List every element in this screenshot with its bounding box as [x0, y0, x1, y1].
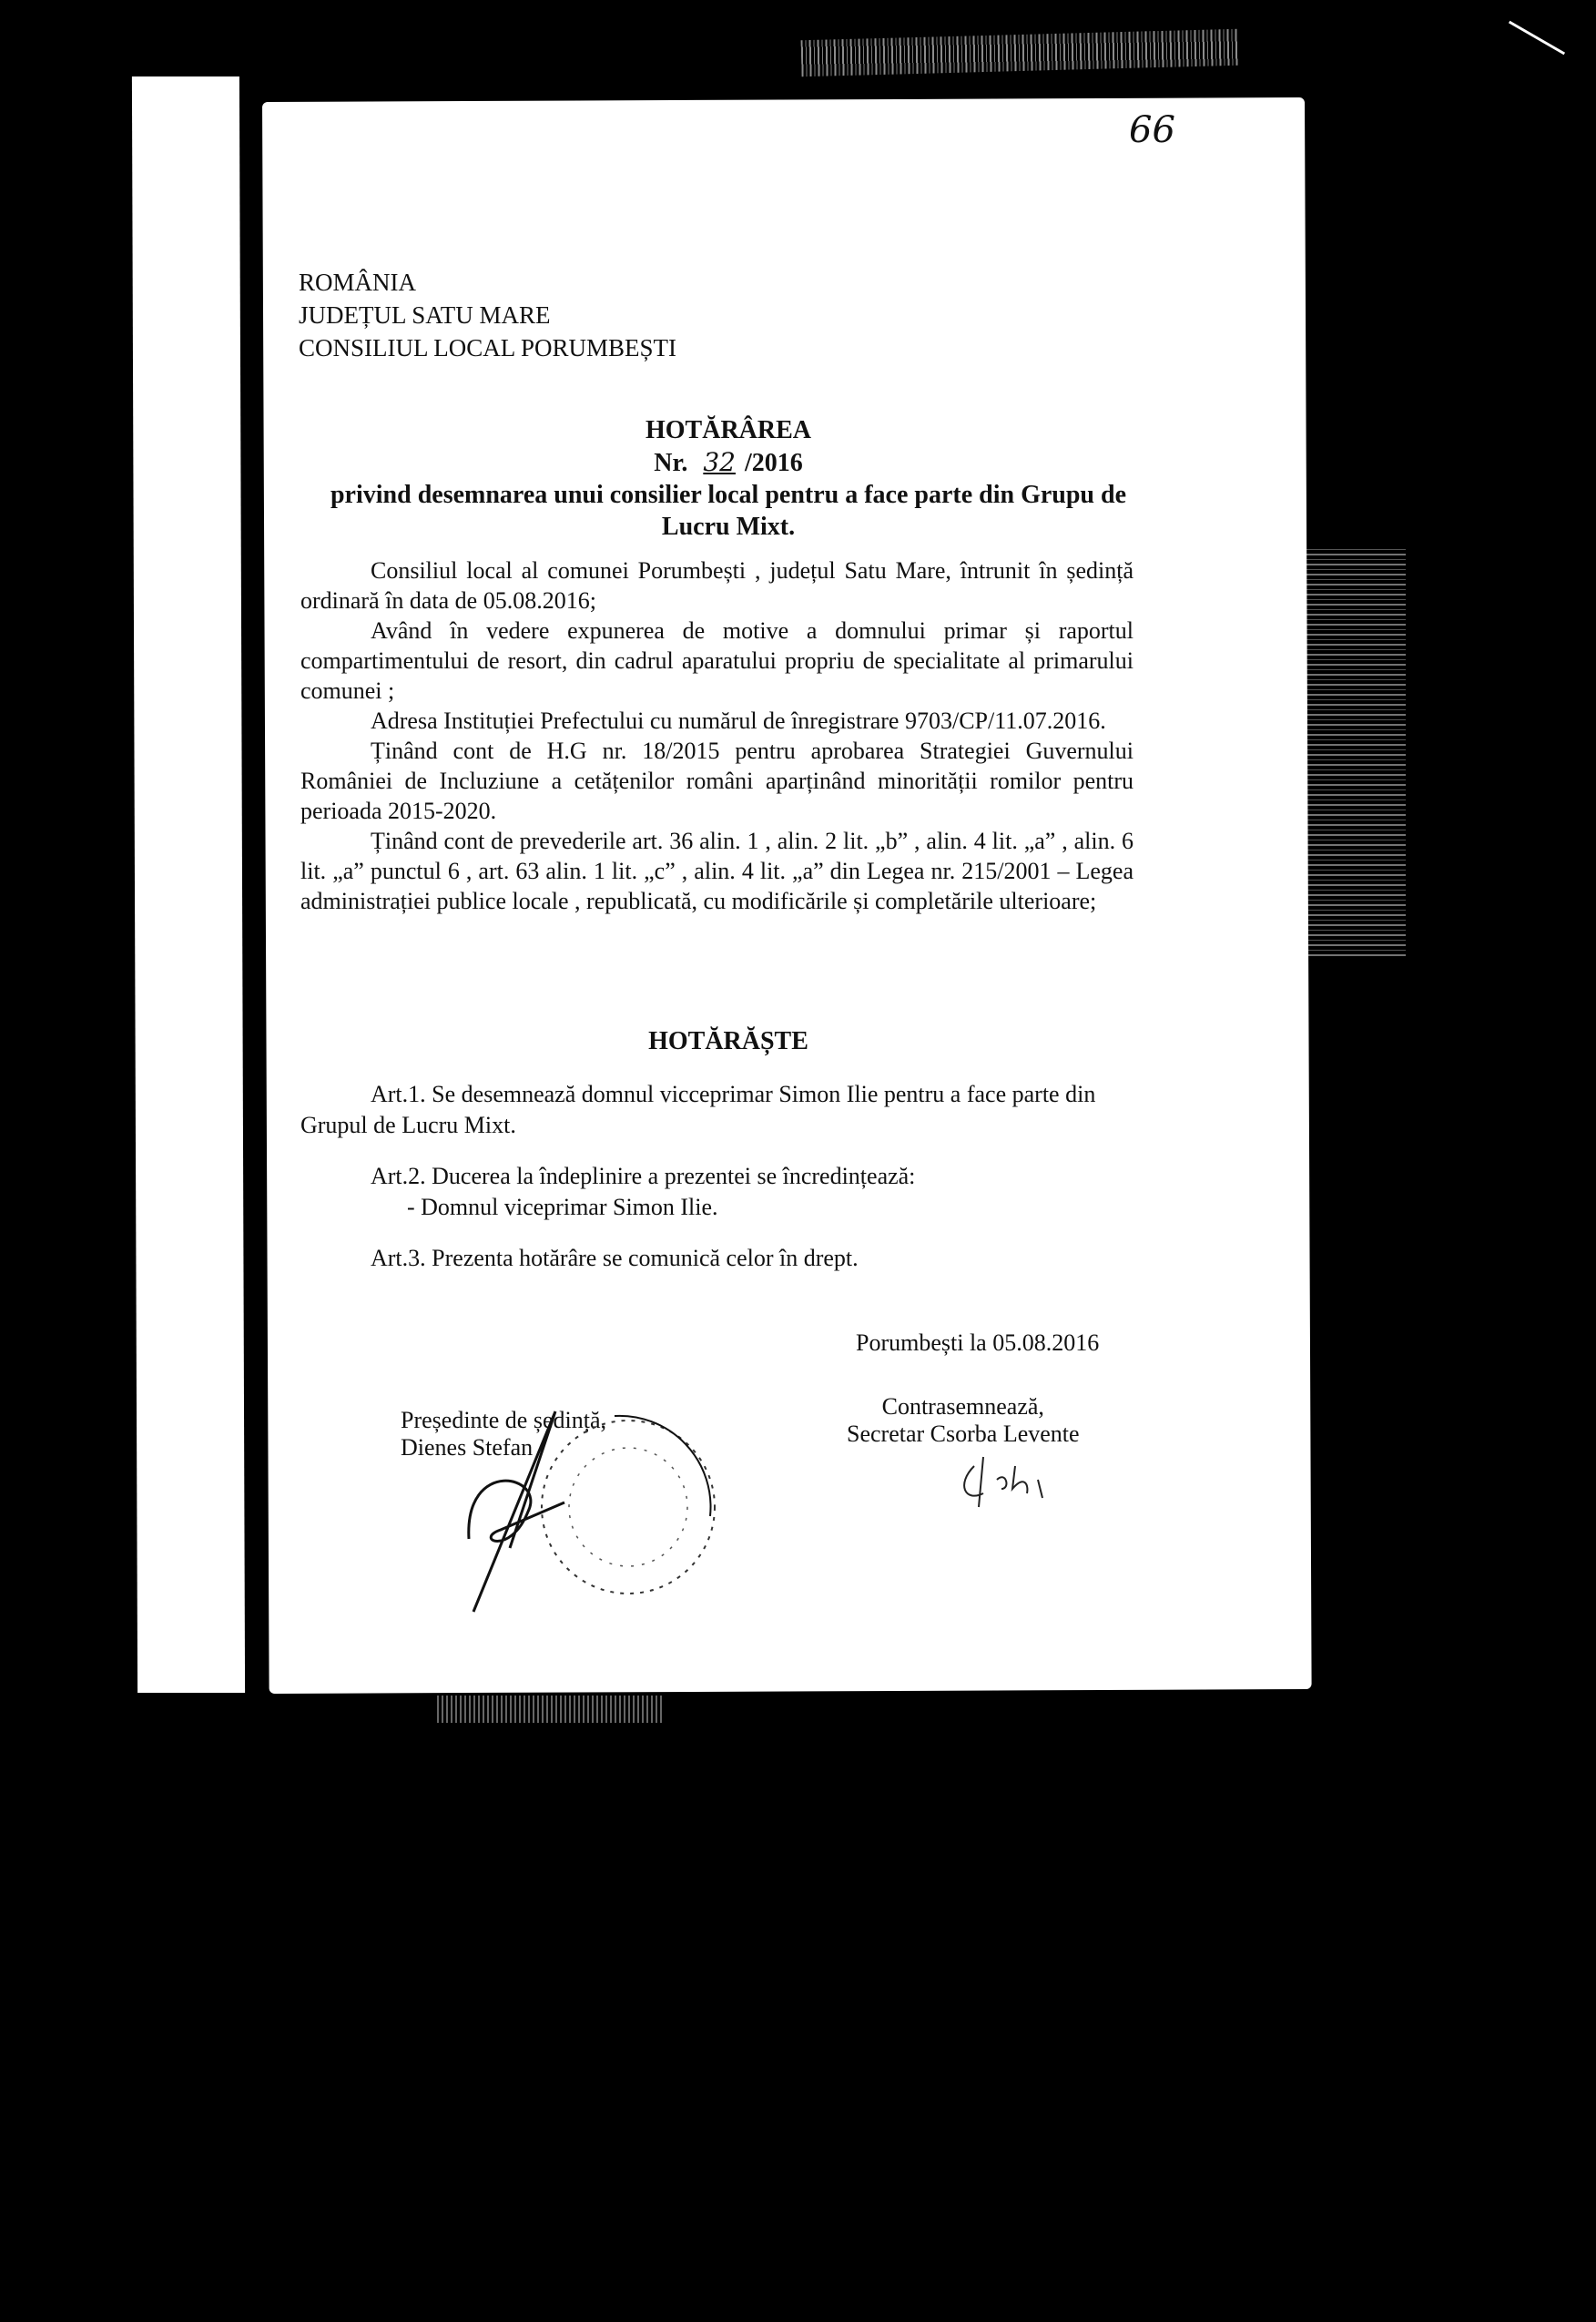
secretary-signature-block: Contrasemnează, Secretar Csorba Levente: [847, 1393, 1080, 1448]
preamble-paragraph: Adresa Instituției Prefectului cu număru…: [300, 706, 1133, 736]
scan-noise: [801, 29, 1239, 77]
decision-heading: HOTĂRÂREA: [310, 414, 1147, 446]
decision-subject: privind desemnarea unui consilier local …: [310, 479, 1147, 543]
decides-heading: HOTĂRĂȘTE: [310, 1027, 1147, 1056]
council: CONSILIUL LOCAL PORUMBEȘTI: [299, 331, 676, 364]
handwritten-page-number: 66: [1129, 109, 1175, 151]
country: ROMÂNIA: [299, 266, 676, 299]
decision-number: Nr. 32/2016: [310, 446, 1147, 479]
preamble-paragraph: Având în vedere expunerea de motive a do…: [300, 616, 1133, 706]
articles: Art.1. Se desemnează domnul vicceprimar …: [300, 1079, 1133, 1274]
scan-border-strip: [132, 76, 245, 1693]
secretary-name: Secretar Csorba Levente: [847, 1421, 1080, 1448]
issuer-header: ROMÂNIA JUDEȚUL SATU MARE CONSILIUL LOCA…: [299, 266, 676, 364]
handwritten-signature-icon: [956, 1448, 1074, 1512]
scan-noise: [437, 1696, 665, 1723]
preamble-paragraph: Ținând cont de H.G nr. 18/2015 pentru ap…: [300, 736, 1133, 826]
preamble: Consiliul local al comunei Porumbești , …: [300, 555, 1133, 916]
preamble-paragraph: Ținând cont de prevederile art. 36 alin.…: [300, 826, 1133, 916]
secretary-role: Contrasemnează,: [847, 1393, 1080, 1421]
article-3: Art.3. Prezenta hotărâre se comunică cel…: [300, 1243, 1133, 1274]
scan-noise: [1306, 546, 1406, 956]
scan-artifact: [1509, 21, 1565, 56]
article-2: Art.2. Ducerea la îndeplinire a prezente…: [300, 1161, 1133, 1192]
article-1: Art.1. Se desemnează domnul vicceprimar …: [300, 1079, 1133, 1141]
stamp-seal-icon: [528, 1407, 747, 1625]
article-2-item: - Domnul viceprimar Simon Ilie.: [300, 1192, 1133, 1223]
place-date: Porumbești la 05.08.2016: [856, 1329, 1099, 1357]
preamble-paragraph: Consiliul local al comunei Porumbești , …: [300, 555, 1133, 616]
decision-title: HOTĂRÂREA Nr. 32/2016 privind desemnarea…: [310, 414, 1147, 543]
handwritten-number: 32: [694, 447, 745, 477]
county: JUDEȚUL SATU MARE: [299, 299, 676, 331]
